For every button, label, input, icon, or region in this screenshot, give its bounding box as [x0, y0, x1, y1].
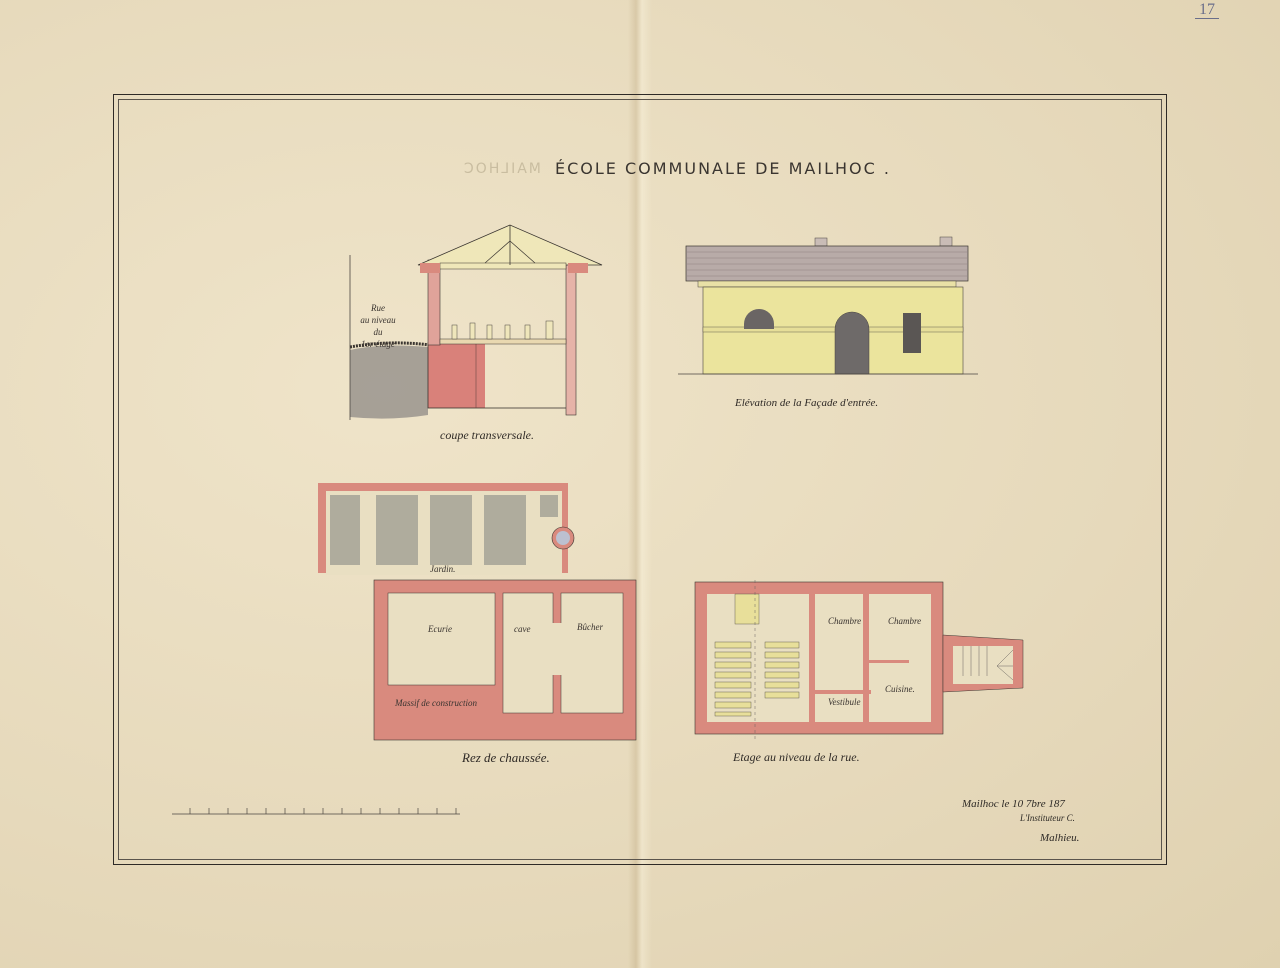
- section-annotation: Rue au niveau du 1er étage: [358, 302, 398, 350]
- room-cellar: cave: [514, 624, 530, 634]
- drawing-sheet: 17 MAILHOC ÉCOLE COMMUNALE DE MAILHOC .: [0, 0, 1280, 968]
- room-bedroom-2: Chambre: [888, 616, 921, 626]
- annotation-line: au niveau du: [358, 314, 398, 338]
- room-bedroom-1: Chambre: [828, 616, 861, 626]
- border-frame-inner: [118, 99, 1162, 860]
- sheet-title: ÉCOLE COMMUNALE DE MAILHOC .: [555, 159, 891, 178]
- facade-elevation-drawing: [678, 234, 990, 379]
- section-caption: coupe transversale.: [440, 428, 534, 443]
- room-kitchen: Cuisine.: [885, 684, 915, 694]
- room-vestibule: Vestibule: [828, 697, 861, 707]
- room-stable: Ecurie: [428, 624, 452, 634]
- signature-name: Malhieu.: [1040, 832, 1079, 844]
- room-woodshed: Bûcher: [577, 622, 603, 632]
- ground-floor-caption: Rez de chaussée.: [462, 750, 550, 766]
- page-number: 17: [1195, 2, 1219, 19]
- annotation-line: Rue: [358, 302, 398, 314]
- elevation-caption: Elévation de la Façade d'entrée.: [735, 397, 878, 409]
- bleed-through-title: MAILHOC: [462, 161, 541, 177]
- signature-date: Mailhoc le 10 7bre 187: [962, 798, 1065, 810]
- ground-floor-plan: [318, 483, 648, 743]
- signature-title: L'Instituteur C.: [1020, 813, 1075, 823]
- street-floor-caption: Etage au niveau de la rue.: [733, 750, 860, 765]
- room-foundation: Massif de construction: [395, 698, 477, 708]
- annotation-line: 1er étage: [358, 338, 398, 350]
- street-floor-plan: [693, 580, 1028, 740]
- scale-bar: [172, 800, 462, 820]
- room-garden: Jardin.: [430, 564, 455, 574]
